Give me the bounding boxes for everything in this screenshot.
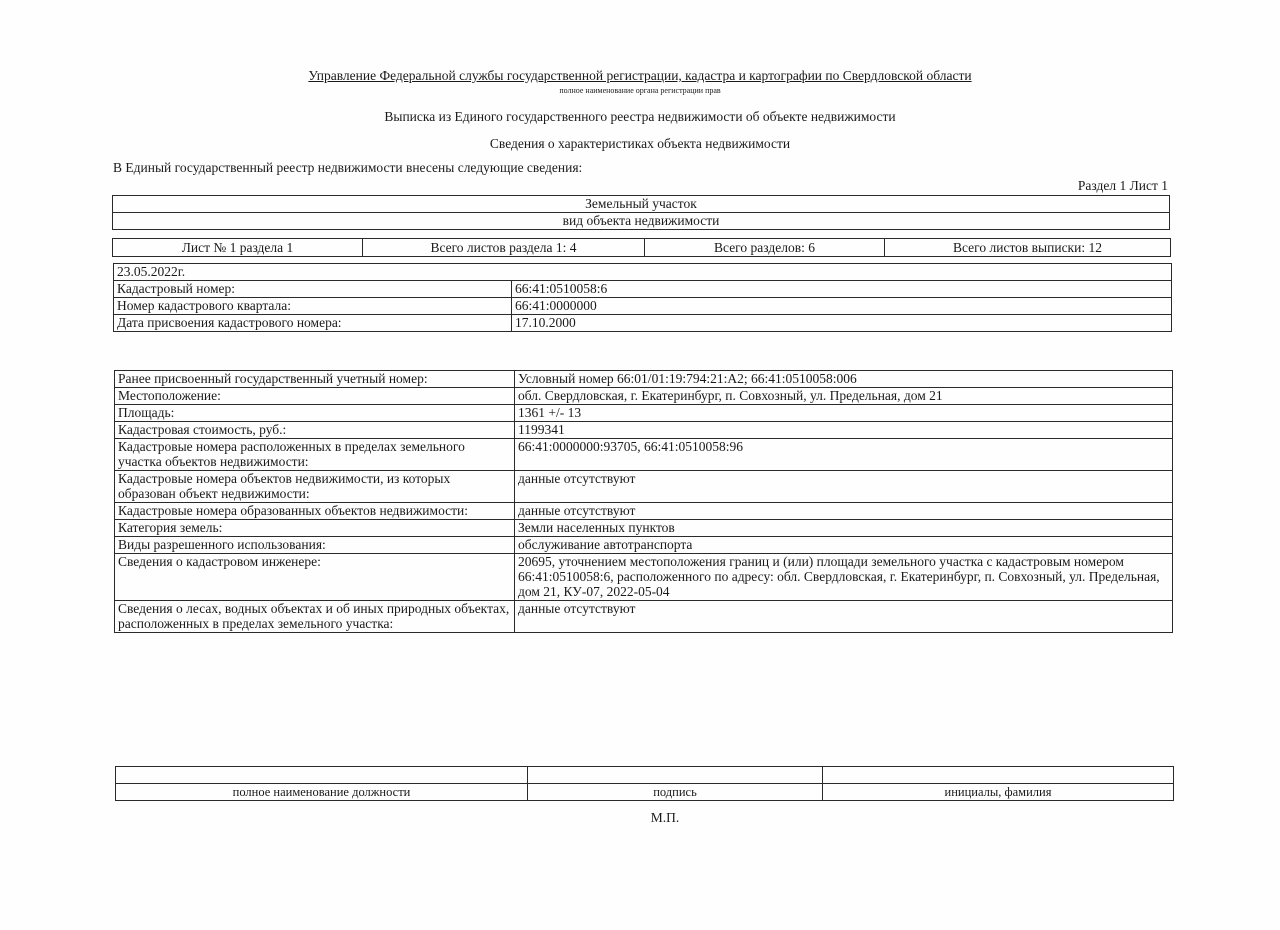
extract-date: 23.05.2022г. — [114, 264, 1172, 281]
row-value: Земли населенных пунктов — [515, 520, 1173, 537]
organization-caption: полное наименование органа регистрации п… — [0, 86, 1280, 95]
signature-field — [528, 767, 823, 784]
section-reference: Раздел 1 Лист 1 — [1078, 178, 1168, 194]
row-label: Категория земель: — [115, 520, 515, 537]
row-label: Сведения о лесах, водных объектах и об и… — [115, 601, 515, 633]
organization-name-text: Управление Федеральной службы государств… — [308, 68, 971, 83]
row-label: Кадастровые номера образованных объектов… — [115, 503, 515, 520]
document-title: Выписка из Единого государственного реес… — [0, 109, 1280, 125]
table-row: Дата присвоения кадастрового номера: 17.… — [114, 315, 1172, 332]
name-caption: инициалы, фамилия — [823, 784, 1174, 801]
table-row: Кадастровые номера объектов недвижимости… — [115, 471, 1173, 503]
signature-caption: подпись — [528, 784, 823, 801]
object-type: Земельный участок — [113, 196, 1170, 213]
row-label: Сведения о кадастровом инженере: — [115, 554, 515, 601]
row-label: Номер кадастрового квартала: — [114, 298, 512, 315]
row-value: 20695, уточнением местоположения границ … — [515, 554, 1173, 601]
row-label: Ранее присвоенный государственный учетны… — [115, 371, 515, 388]
document-subtitle: Сведения о характеристиках объекта недви… — [0, 136, 1280, 152]
row-value: 66:41:0510058:6 — [512, 281, 1172, 298]
total-section-sheets: Всего листов раздела 1: 4 — [363, 239, 645, 257]
table-row: Ранее присвоенный государственный учетны… — [115, 371, 1173, 388]
table-row: Кадастровые номера образованных объектов… — [115, 503, 1173, 520]
table-row: Местоположение: обл. Свердловская, г. Ек… — [115, 388, 1173, 405]
row-label: Виды разрешенного использования: — [115, 537, 515, 554]
table-row: Кадастровый номер: 66:41:0510058:6 — [114, 281, 1172, 298]
row-value: 1199341 — [515, 422, 1173, 439]
table-row: Сведения о кадастровом инженере: 20695, … — [115, 554, 1173, 601]
sheets-info-table: Лист № 1 раздела 1 Всего листов раздела … — [112, 238, 1171, 257]
row-value: данные отсутствуют — [515, 503, 1173, 520]
row-value: данные отсутствуют — [515, 601, 1173, 633]
position-field — [116, 767, 528, 784]
table-row: Площадь: 1361 +/- 13 — [115, 405, 1173, 422]
table-row: Категория земель: Земли населенных пункт… — [115, 520, 1173, 537]
object-type-caption: вид объекта недвижимости — [113, 213, 1170, 230]
row-label: Дата присвоения кадастрового номера: — [114, 315, 512, 332]
table-row: Кадастровая стоимость, руб.: 1199341 — [115, 422, 1173, 439]
row-value: обслуживание автотранспорта — [515, 537, 1173, 554]
row-value: данные отсутствуют — [515, 471, 1173, 503]
position-caption: полное наименование должности — [116, 784, 528, 801]
name-field — [823, 767, 1174, 784]
organization-name: Управление Федеральной службы государств… — [0, 68, 1280, 84]
intro-text: В Единый государственный реестр недвижим… — [113, 160, 582, 176]
row-value: обл. Свердловская, г. Екатеринбург, п. С… — [515, 388, 1173, 405]
table-row: Виды разрешенного использования: обслужи… — [115, 537, 1173, 554]
row-value: 17.10.2000 — [512, 315, 1172, 332]
properties-table: Ранее присвоенный государственный учетны… — [114, 370, 1173, 633]
row-label: Площадь: — [115, 405, 515, 422]
row-label: Кадастровый номер: — [114, 281, 512, 298]
total-sections: Всего разделов: 6 — [645, 239, 885, 257]
row-label: Местоположение: — [115, 388, 515, 405]
table-row: Сведения о лесах, водных объектах и об и… — [115, 601, 1173, 633]
table-row: Номер кадастрового квартала: 66:41:00000… — [114, 298, 1172, 315]
sheet-number: Лист № 1 раздела 1 — [113, 239, 363, 257]
object-type-table: Земельный участок вид объекта недвижимос… — [112, 195, 1170, 230]
row-value: 66:41:0000000 — [512, 298, 1172, 315]
row-value: 1361 +/- 13 — [515, 405, 1173, 422]
row-value: 66:41:0000000:93705, 66:41:0510058:96 — [515, 439, 1173, 471]
signature-table: полное наименование должности подпись ин… — [115, 766, 1174, 801]
row-label: Кадастровая стоимость, руб.: — [115, 422, 515, 439]
table-row: Кадастровые номера расположенных в преде… — [115, 439, 1173, 471]
total-extract-sheets: Всего листов выписки: 12 — [885, 239, 1171, 257]
row-label: Кадастровые номера объектов недвижимости… — [115, 471, 515, 503]
main-info-table: 23.05.2022г. Кадастровый номер: 66:41:05… — [113, 263, 1172, 332]
stamp-place: М.П. — [0, 810, 1280, 826]
row-label: Кадастровые номера расположенных в преде… — [115, 439, 515, 471]
row-value: Условный номер 66:01/01:19:794:21:А2; 66… — [515, 371, 1173, 388]
